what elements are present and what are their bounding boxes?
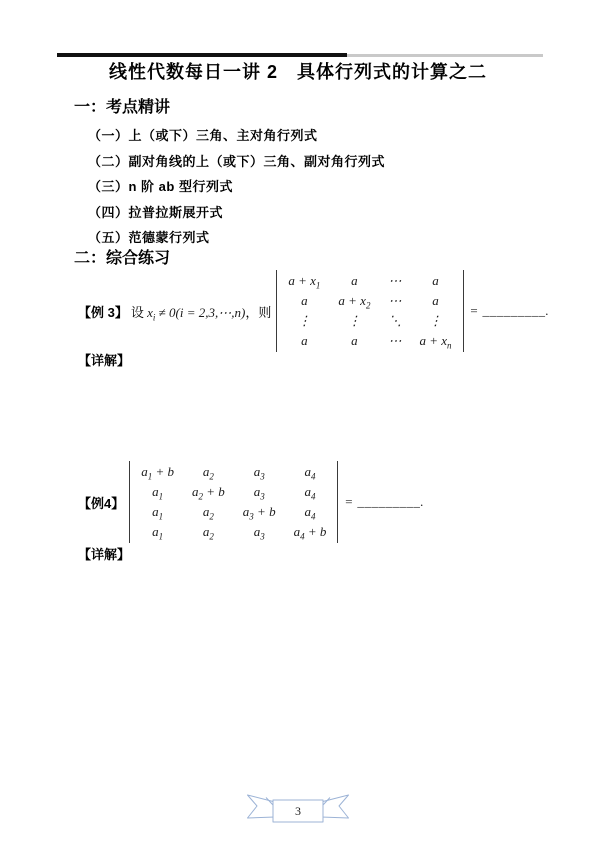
matrix-row: a1a2 + ba3a4: [132, 482, 335, 502]
matrix-row: a1a2a3a4 + b: [132, 522, 335, 542]
matrix-cell: a + xn: [410, 331, 460, 351]
matrix-cell: a3 + b: [234, 502, 285, 522]
matrix-cell: a + x2: [329, 291, 379, 311]
matrix-cell: ⋮: [329, 311, 379, 331]
key-points-list: （一）上（或下）三角、主对角行列式 （二）副对角线的上（或下）三角、副对角行列式…: [88, 126, 385, 254]
matrix-cell: a1 + b: [132, 462, 183, 482]
section-heading-key-points: 一：考点精讲: [74, 94, 170, 117]
matrix-row: aa + x2⋯a: [279, 291, 460, 311]
matrix-cell: ⋱: [379, 311, 410, 331]
matrix-row: ⋮⋮⋱⋮: [279, 311, 460, 331]
ribbon-icon: 3: [246, 793, 350, 824]
matrix-row: aa⋯a + xn: [279, 331, 460, 351]
matrix-cell: a + x1: [279, 271, 329, 291]
matrix-cell: a: [329, 271, 379, 291]
matrix-row: a1 + ba2a3a4: [132, 462, 335, 482]
determinant-example-3: a + x1a⋯aaa + x2⋯a⋮⋮⋱⋮aa⋯a + xn: [276, 270, 463, 352]
matrix-cell: ⋯: [379, 271, 410, 291]
matrix-cell: a2 + b: [183, 482, 234, 502]
detail-label-example-3: 【详解】: [78, 350, 130, 369]
matrix-cell: a: [279, 291, 329, 311]
example-3: 【例 3】 设 xi ≠ 0(i = 2,3,⋯,n)，则 a + x1a⋯aa…: [78, 270, 549, 352]
document-page: 线性代数每日一讲 2 具体行列式的计算之二 一：考点精讲 （一）上（或下）三角、…: [0, 0, 596, 842]
example-4-label: 【例4】: [78, 493, 124, 512]
matrix-cell: a: [329, 331, 379, 351]
example-3-label: 【例 3】: [78, 302, 128, 321]
intro-prefix: 设: [131, 305, 144, 320]
example-3-answer-blank: = _________.: [470, 303, 550, 319]
title-rule-black-segment: [57, 53, 347, 57]
matrix-cell: a1: [132, 482, 183, 502]
matrix-cell: a: [410, 291, 460, 311]
matrix-cell: a2: [183, 502, 234, 522]
matrix-cell: a4: [285, 462, 336, 482]
matrix-cell: ⋯: [379, 331, 410, 351]
ribbon-right-tail: [321, 795, 349, 818]
intro-math: xi ≠ 0(i = 2,3,⋯,n): [147, 305, 245, 320]
matrix-cell: a: [410, 271, 460, 291]
example-4-answer-blank: = _________.: [344, 494, 424, 510]
list-item: （三）n 阶 ab 型行列式: [88, 177, 385, 203]
page-title: 线性代数每日一讲 2 具体行列式的计算之二: [0, 58, 596, 84]
matrix-example-4: a1 + ba2a3a4a1a2 + ba3a4a1a2a3 + ba4a1a2…: [132, 462, 335, 542]
example-3-intro: 设 xi ≠ 0(i = 2,3,⋯,n)，则: [131, 302, 272, 321]
list-item: （一）上（或下）三角、主对角行列式: [88, 126, 385, 152]
matrix-cell: a1: [132, 502, 183, 522]
matrix-cell: a4: [285, 482, 336, 502]
matrix-cell: a: [279, 331, 329, 351]
matrix-cell: a3: [234, 522, 285, 542]
section-heading-exercises: 二：综合练习: [74, 245, 170, 268]
matrix-cell: ⋮: [279, 311, 329, 331]
matrix-cell: a2: [183, 462, 234, 482]
matrix-cell: a1: [132, 522, 183, 542]
example-4: 【例4】 a1 + ba2a3a4a1a2 + ba3a4a1a2a3 + ba…: [78, 461, 424, 543]
determinant-example-4: a1 + ba2a3a4a1a2 + ba3a4a1a2a3 + ba4a1a2…: [129, 461, 338, 543]
matrix-cell: a4 + b: [285, 522, 336, 542]
matrix-row: a + x1a⋯a: [279, 271, 460, 291]
title-rule-gray-segment: [347, 54, 543, 57]
list-item: （四）拉普拉斯展开式: [88, 203, 385, 229]
page-number-ribbon: 3: [246, 793, 350, 824]
matrix-cell: ⋯: [379, 291, 410, 311]
ribbon-left-tail: [248, 795, 276, 818]
detail-label-example-4: 【详解】: [78, 544, 130, 563]
matrix-cell: a3: [234, 462, 285, 482]
page-number: 3: [295, 804, 301, 818]
matrix-row: a1a2a3 + ba4: [132, 502, 335, 522]
matrix-cell: ⋮: [410, 311, 460, 331]
intro-suffix: ，则: [245, 305, 271, 320]
title-rule: [57, 53, 543, 57]
matrix-cell: a4: [285, 502, 336, 522]
list-item: （二）副对角线的上（或下）三角、副对角行列式: [88, 152, 385, 178]
matrix-cell: a3: [234, 482, 285, 502]
matrix-example-3: a + x1a⋯aaa + x2⋯a⋮⋮⋱⋮aa⋯a + xn: [279, 271, 460, 351]
matrix-cell: a2: [183, 522, 234, 542]
